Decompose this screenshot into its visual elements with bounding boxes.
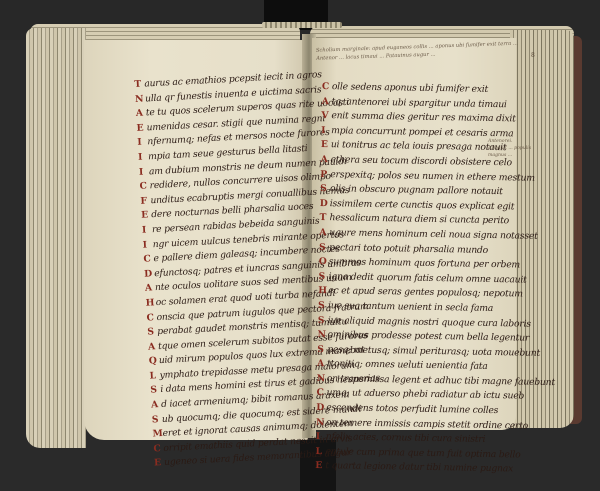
verse-text: summos hominum quos fortuna per orbem xyxy=(329,256,520,270)
verse-text: escendens totos perfudit lumine colles xyxy=(326,402,498,416)
page-edges-left xyxy=(26,28,86,448)
rubricated-initial: E xyxy=(321,138,331,153)
rubricated-initial: L xyxy=(315,445,325,460)
verse-text: enit summa dies geritur res maxima dixit xyxy=(331,110,516,124)
verse-text: ethera seu tocum discordi obsistere celo xyxy=(331,154,512,168)
rubricated-initial: H xyxy=(318,284,328,299)
rubricated-initial: S xyxy=(318,270,328,285)
rubricated-initial: V xyxy=(321,109,331,124)
verse-text: t quarta legione datur tibi numine pugna… xyxy=(325,461,513,475)
rubricated-initial: A xyxy=(317,357,327,372)
verse-text: ttonitiq; omnes ueluti uenientia fata xyxy=(327,358,488,372)
rubricated-initial: N xyxy=(317,328,327,343)
verse-text: iue sua tantum uenient in secla fama xyxy=(328,300,493,314)
binding-cord xyxy=(262,22,342,28)
verse-text: ec et apud seras gentes populosq; nepotu… xyxy=(328,285,523,299)
rubricated-initial: A xyxy=(319,226,329,241)
verse-text: ugure mens hominum celi noua signa notas… xyxy=(329,227,537,242)
verse-text: pesq; metusq; simul periturasq; uota mou… xyxy=(327,344,540,359)
rubricated-initial: A xyxy=(321,95,331,110)
rubricated-initial: S xyxy=(318,313,328,328)
rubricated-initial: E xyxy=(315,459,325,474)
rubricated-initial: T xyxy=(319,211,329,226)
rubricated-initial: I xyxy=(316,430,326,445)
right-page-text: Colle sedens aponus ubi fumifer exitAtq;… xyxy=(315,80,560,478)
rubricated-initial: N xyxy=(317,372,327,387)
verse-text: igna dedit quorum fatis celum omne uacau… xyxy=(328,271,526,285)
verse-text: ominibus prodesse potest cum bella legen… xyxy=(327,329,529,344)
verse-line: Et quarta legione datur tibi numine pugn… xyxy=(315,459,553,478)
verse-text: ui tonitrus ac tela iouis presaga notaui… xyxy=(331,140,507,154)
verse-text: on temere inmissis campis stetit ordine … xyxy=(326,417,528,432)
rubricated-initial: A xyxy=(320,153,330,168)
verse-text: issimilem certe cunctis quos explicat eg… xyxy=(330,198,515,212)
rubricated-initial: C xyxy=(322,80,332,95)
verse-text: on transmissa legent et adhuc tibi magne… xyxy=(327,373,555,388)
verse-text: olle sedens aponus ubi fumifer exit xyxy=(332,81,488,95)
verse-text: pectari toto potuit pharsalia mundo xyxy=(329,242,488,256)
rubricated-initial: O xyxy=(319,255,329,270)
verse-text: entule cum prima que tum fuit optima bel… xyxy=(325,446,520,460)
rubricated-initial: D xyxy=(320,197,330,212)
verse-text: nfelix acies, cornus tibi cura sinistri xyxy=(326,431,486,445)
verse-text: olis in obscuro pugnam pallore notauit xyxy=(330,183,503,197)
rubricated-initial: S xyxy=(317,343,327,358)
rubricated-initial: N xyxy=(316,416,326,431)
rubricated-initial: S xyxy=(320,182,330,197)
rubricated-initial: D xyxy=(316,401,326,416)
verse-text: umq; ut aduerso phebi radiatur ab ictu s… xyxy=(326,388,524,402)
verse-text: tq; antenorei ubi spargitur unda timaui xyxy=(332,96,507,110)
rubricated-initial: I xyxy=(321,124,331,139)
verse-text: erspexitq; polos seu numen in ethere mes… xyxy=(330,169,535,184)
folio-number: 8 xyxy=(531,52,535,59)
rubricated-initial: S xyxy=(318,299,328,314)
rubricated-initial: C xyxy=(316,386,326,401)
verse-text: mpia concurrunt pompei et cesaris arma xyxy=(331,125,514,139)
verse-text: iue aliquid magnis nostri quoque cura la… xyxy=(328,315,531,330)
verse-text: hessalicum natura diem si cuncta perito xyxy=(329,212,509,226)
rubricated-initial: S xyxy=(319,241,329,256)
rubricated-initial: P xyxy=(320,168,330,183)
